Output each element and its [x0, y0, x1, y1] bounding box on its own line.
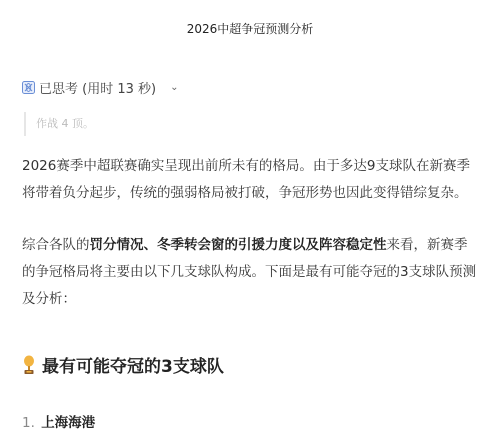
section-heading-text: 最有可能夺冠的3支球队: [42, 352, 224, 377]
thinking-text: 作战 4 顶。: [36, 117, 94, 130]
intro-paragraph: 2026赛季中超联赛确实呈现出前所未有的格局。由于多达9支球队在新赛季将带着负分…: [22, 153, 478, 207]
page-title: 2026中超争冠预测分析: [0, 20, 500, 37]
chevron-down-icon[interactable]: ⌄: [170, 82, 178, 93]
list-item: 1. 上海海港: [22, 411, 95, 431]
section-heading: 最有可能夺冠的3支球队: [22, 352, 224, 377]
chat-page: 2026中超争冠预测分析 已思考 (用时 13 秒) ⌄ 作战 4 顶。 202…: [0, 0, 500, 440]
analysis-paragraph: 综合各队的罚分情况、冬季转会窗的引援力度以及阵容稳定性来看，新赛季的争冠格局将主…: [22, 232, 478, 313]
analysis-prefix: 综合各队的: [22, 237, 90, 253]
thinking-icon: [22, 81, 35, 94]
thinking-content: 作战 4 顶。: [24, 112, 94, 136]
list-item-team: 上海海港: [41, 415, 95, 431]
trophy-icon: [22, 355, 36, 375]
thinking-toggle[interactable]: 已思考 (用时 13 秒) ⌄: [22, 78, 178, 97]
analysis-bold: 罚分情况、冬季转会窗的引援力度以及阵容稳定性: [90, 237, 387, 253]
thinking-label: 已思考 (用时 13 秒): [39, 78, 156, 97]
list-item-number: 1.: [22, 415, 35, 431]
